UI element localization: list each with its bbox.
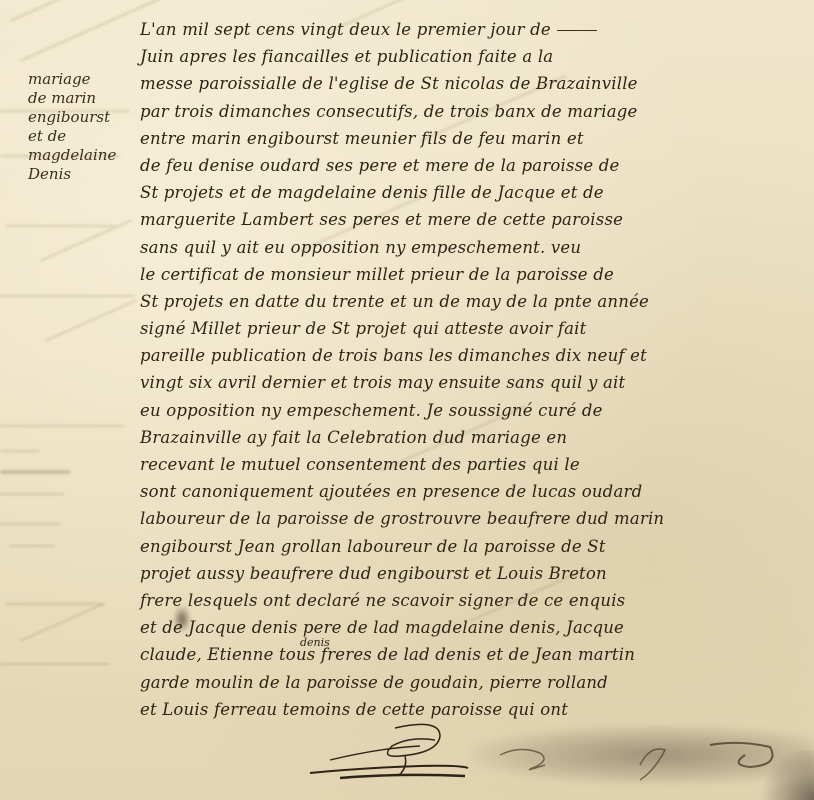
margin-note-line: mariage [28,70,128,89]
margin-note-line: magdelaine [28,146,128,165]
record-line: signé Millet prieur de St projet qui att… [140,315,800,342]
margin-note-line: engibourst [28,108,128,127]
record-line: pareille publication de trois bans les d… [140,342,800,369]
record-line: Brazainville ay fait la Celebration dud … [140,424,800,451]
interlinear-insertion: denis [300,636,330,649]
record-line: et de Jacque denis pere de lad magdelain… [140,614,800,641]
margin-note-line: Denis [28,165,128,184]
signature-flourish-icon [300,718,470,788]
record-line: par trois dimanches consecutifs, de troi… [140,98,800,125]
record-line: messe paroissialle de l'eglise de St nic… [140,70,800,97]
record-line: St projets en datte du trente et un de m… [140,288,800,315]
page-corner-shadow [754,750,814,800]
record-line: et Louis ferreau temoins de cette parois… [140,696,800,723]
parchment-page: mariage de marin engibourst et de magdel… [0,0,814,800]
margin-note-line: et de [28,127,128,146]
record-body: L'an mil sept cens vingt deux le premier… [140,16,800,723]
record-line: le certificat de monsieur millet prieur … [140,261,800,288]
record-line: garde moulin de la paroisse de goudain, … [140,669,800,696]
record-line: frere lesquels ont declaré ne scavoir si… [140,587,800,614]
record-line: eu opposition ny empeschement. Je soussi… [140,397,800,424]
record-line: Juin apres les fiancailles et publicatio… [140,43,800,70]
record-line: sont canoniquement ajoutées en presence … [140,478,800,505]
record-line: laboureur de la paroisse de grostrouvre … [140,505,800,532]
record-line: entre marin engibourst meunier fils de f… [140,125,800,152]
record-line: projet aussy beaufrere dud engibourst et… [140,560,800,587]
margin-note-line: de marin [28,89,128,108]
line-filler [557,30,597,31]
record-line: sans quil y ait eu opposition ny empesch… [140,234,800,261]
record-line: recevant le mutuel consentement des part… [140,451,800,478]
record-line: vingt six avril dernier et trois may ens… [140,369,800,396]
ink-blot [173,605,191,633]
margin-note: mariage de marin engibourst et de magdel… [28,70,128,184]
record-line: L'an mil sept cens vingt deux le premier… [140,16,800,43]
record-line: St projets et de magdelaine denis fille … [140,179,800,206]
record-line: claude, Etienne tous freres de lad denis… [140,641,800,668]
record-line: engibourst Jean grollan laboureur de la … [140,533,800,560]
record-line: de feu denise oudard ses pere et mere de… [140,152,800,179]
record-line: marguerite Lambert ses peres et mere de … [140,206,800,233]
